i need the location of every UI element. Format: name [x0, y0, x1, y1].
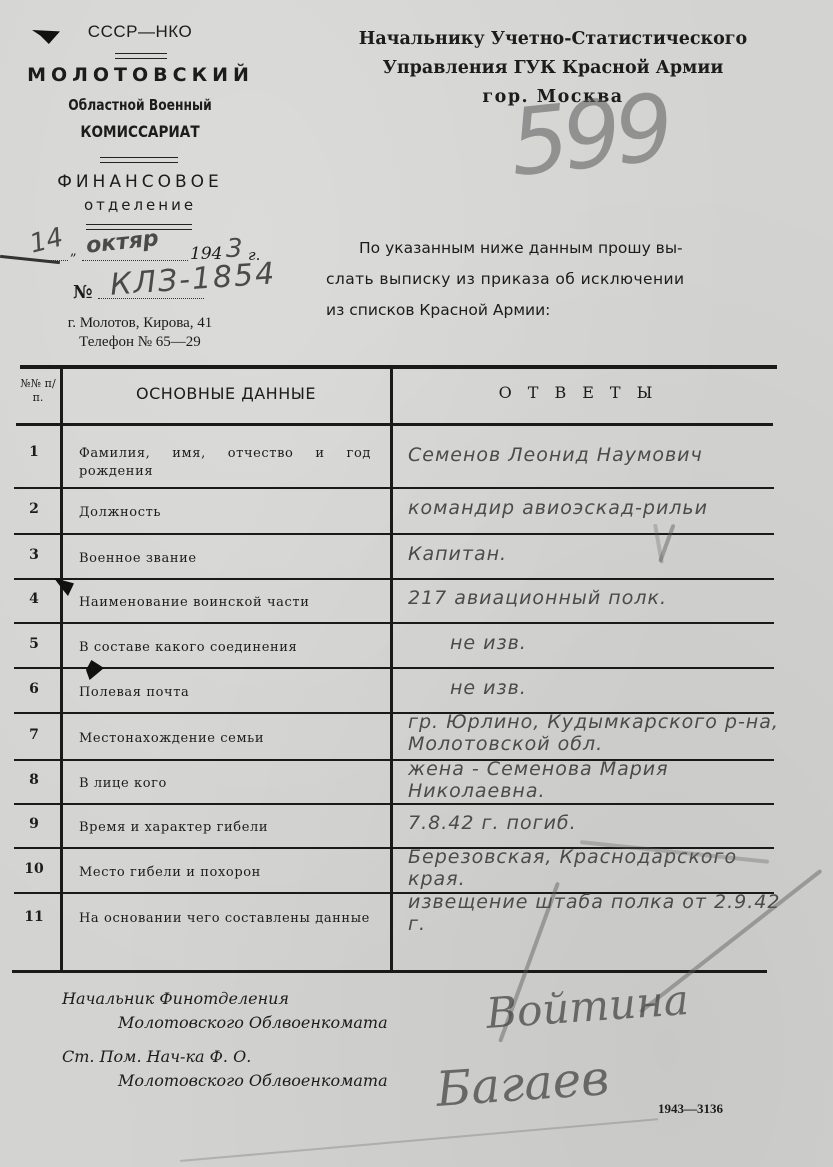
row-number: 3	[14, 547, 54, 563]
row-number: 8	[14, 772, 54, 788]
row-label: В лице кого	[79, 775, 371, 793]
phone: Телефон № 65—29	[20, 333, 260, 352]
row-number: 2	[14, 501, 54, 517]
table-row: 6Полевая почтане изв.	[0, 668, 833, 713]
table-header-rule	[16, 423, 773, 426]
row-answer: извещение штаба полка от 2.9.42 г.	[408, 891, 788, 935]
letterhead-address: г. Молотов, Кирова, 41 Телефон № 65—29	[20, 314, 260, 352]
row-label: Время и характер гибели	[79, 819, 371, 837]
signer1-title-line2: Молотовского Облвоенкомата	[62, 1011, 388, 1035]
row-number: 9	[14, 816, 54, 832]
letterhead-line2: Областной Военный	[25, 96, 255, 114]
row-answer: 7.8.42 г. погиб.	[408, 812, 788, 834]
row-answer: не изв.	[450, 632, 830, 654]
table-row: 8В лице когожена - Семенова Мария Никола…	[0, 760, 833, 804]
date-month-line	[82, 260, 188, 261]
table-bottom-rule	[12, 970, 767, 973]
row-answer: командир авиоэскад-рильи	[408, 497, 788, 519]
address: г. Молотов, Кирова, 41	[20, 314, 260, 333]
date-quote: „	[70, 244, 77, 259]
row-label: Местонахождение семьи	[79, 730, 371, 748]
row-number: 11	[14, 909, 54, 925]
row-label: Полевая почта	[79, 684, 371, 702]
row-answer: Семенов Леонид Наумович	[408, 444, 788, 466]
row-label: Военное звание	[79, 550, 371, 568]
request-text: По указанным ниже данным прошу вы- слать…	[326, 233, 778, 326]
row-answer: 217 авиационный полк.	[408, 587, 788, 609]
signer1-title: Начальник Финотделения Молотовского Облв…	[62, 987, 388, 1035]
row-label: Наименование воинской части	[79, 594, 371, 612]
signer2-title-line2: Молотовского Облвоенкомата	[62, 1069, 388, 1093]
request-line3: из списков Красной Армии:	[326, 295, 778, 326]
header-basic-data: ОСНОВНЫЕ ДАННЫЕ	[62, 384, 390, 403]
letterhead-org: СССР—НКО	[40, 22, 240, 42]
row-label: В составе какого соединения	[79, 639, 371, 657]
row-label: Фамилия, имя, отчество и год рождения	[79, 445, 371, 481]
row-answer: Березовская, Краснодарского края.	[408, 846, 788, 890]
header-number: №№ п/п.	[18, 377, 58, 405]
table-row: 2Должностькомандир авиоэскад-рильи	[0, 488, 833, 534]
letterhead-region: МОЛОТОВСКИЙ	[18, 64, 263, 86]
row-number: 7	[14, 727, 54, 743]
table-row: 1Фамилия, имя, отчество и год рожденияСе…	[0, 428, 833, 488]
letterhead-dept: ФИНАНСОВОЕ	[0, 172, 280, 192]
row-number: 1	[14, 444, 54, 460]
header-answers: ОТВЕТЫ	[396, 383, 771, 402]
table-top-rule	[20, 365, 777, 369]
archive-number-pencil: 599	[505, 74, 673, 197]
addressee-line1: Начальнику Учетно-Статистического	[318, 25, 788, 54]
letterhead-dept-sub: отделение	[0, 196, 280, 214]
signer2-title-line1: Ст. Пом. Нач-ка Ф. О.	[62, 1045, 388, 1069]
row-number: 4	[14, 591, 54, 607]
row-answer: гр. Юрлино, Кудымкарского р-на, Молотовс…	[408, 711, 788, 755]
row-answer: Капитан.	[408, 543, 788, 565]
signer1-title-line1: Начальник Финотделения	[62, 987, 388, 1011]
number-label: №	[73, 282, 93, 303]
row-label: На основании чего составлены данные	[79, 910, 371, 928]
table-row: 9Время и характер гибели7.8.42 г. погиб.	[0, 804, 833, 848]
letterhead-line3: КОМИССАРИАТ	[21, 122, 259, 141]
print-mark: 1943—3136	[658, 1101, 723, 1117]
request-line2: слать выписку из приказа об исключении	[326, 264, 778, 295]
request-line1: По указанным ниже данным прошу вы-	[326, 233, 778, 264]
signer2-title: Ст. Пом. Нач-ка Ф. О. Молотовского Облво…	[62, 1045, 388, 1093]
row-label: Место гибели и похорон	[79, 864, 371, 882]
rule	[100, 157, 178, 163]
table-row: 7Местонахождение семьигр. Юрлино, Кудымк…	[0, 713, 833, 760]
row-answer: жена - Семенова Мария Николаевна.	[408, 758, 788, 802]
row-answer: не изв.	[450, 677, 830, 699]
table-row: 4Наименование воинской части217 авиацион…	[0, 579, 833, 623]
row-number: 10	[14, 861, 54, 877]
addressee-line2: Управления ГУК Красной Армии	[318, 54, 788, 83]
table-row: 3Военное званиеКапитан.	[0, 534, 833, 579]
row-number: 5	[14, 636, 54, 652]
table-row: 5В составе какого соединенияне изв.	[0, 623, 833, 668]
row-number: 6	[14, 681, 54, 697]
row-label: Должность	[79, 504, 371, 522]
rule	[115, 53, 167, 59]
